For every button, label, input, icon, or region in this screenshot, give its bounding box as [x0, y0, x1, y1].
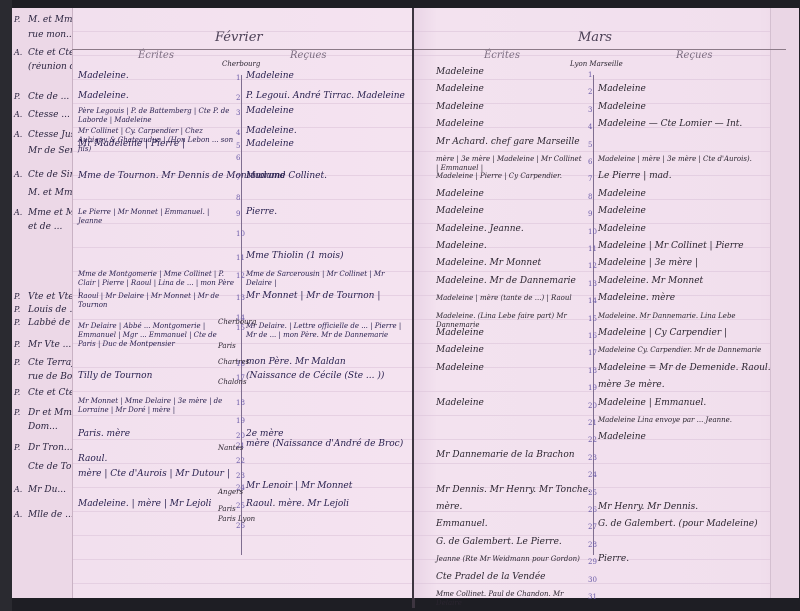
margin-note: M. et Mme de ...: [28, 188, 72, 198]
location-note: Chalons: [218, 378, 247, 386]
month-title-march: Mars: [578, 30, 612, 45]
day-number: 20: [236, 432, 245, 440]
day-number: 10: [588, 228, 597, 236]
margin-marker: P.: [14, 292, 20, 301]
margin-marker: A.: [14, 110, 22, 119]
entry-written: Madeleine: [436, 103, 484, 112]
location-note: Paris Lyon: [218, 515, 255, 523]
entry-received: Madeleine | Mr Collinet | Pierre: [598, 242, 744, 251]
day-number: 5: [588, 141, 592, 149]
entry-received: Madeleine: [246, 107, 294, 116]
entry-received: Madeleine = Mr de Demenide. Raoul.: [598, 364, 766, 373]
entry-received: Le Pierre | mad.: [598, 172, 672, 181]
day-number: 28: [588, 541, 597, 549]
margin-marker: A.: [14, 48, 22, 57]
entry-received: Raoul. mère. Mr Lejoli: [246, 500, 349, 509]
entry-received: mon Père. Mr Maldan: [246, 358, 346, 367]
margin-note: Dr Tron...: [28, 443, 72, 453]
day-number: 10: [236, 230, 245, 238]
entry-written: Emmanuel.: [436, 520, 488, 529]
day-number: 2: [236, 94, 240, 102]
entry-received: Madeleine. mère: [598, 294, 675, 303]
entry-received: mère (Naissance d'André de Broc): [246, 440, 403, 449]
margin-note: Dom...: [28, 422, 72, 432]
entry-written: Madeleine.: [78, 92, 129, 101]
margin-note: Ctesse Justo...: [28, 130, 72, 140]
entry-written: Madeleine: [436, 85, 484, 94]
day-number: 9: [588, 210, 592, 218]
entry-written: Tilly de Tournon: [78, 372, 152, 381]
day-number: 7: [588, 175, 592, 183]
entry-written: Mr Monnet | Mme Delaire | 3e mère | de L…: [78, 397, 234, 415]
margin-note: et de ...: [28, 222, 72, 232]
margin-note: Cte et Ctesse Pi...: [28, 388, 72, 398]
margin-note: Mr Du...: [28, 485, 72, 495]
margin-marker: A.: [14, 510, 22, 519]
day-number: 8: [236, 194, 240, 202]
entry-received: Madame Collinet.: [246, 172, 327, 181]
entry-written: Madeleine. | mère | Mr Lejoli: [78, 500, 211, 509]
entry-received: Madeleine. Mr Monnet: [598, 277, 703, 286]
entry-written: Raoul | Mr Delaire | Mr Monnet | Mr de T…: [78, 292, 234, 310]
entry-received: Madeleine | 3e mère |: [598, 259, 698, 268]
day-number: 1: [588, 71, 592, 79]
column-header-written: Écrites: [138, 50, 174, 61]
entry-received: Madeleine: [598, 225, 646, 234]
margin-note: M. et Mme: [28, 15, 72, 25]
entry-written: Mr Madeleine | Pierre |: [78, 140, 185, 149]
margin-note: (réunion de ...): [28, 62, 72, 72]
day-number: 27: [588, 523, 597, 531]
margin-marker: P.: [14, 340, 20, 349]
margin-marker: A.: [14, 130, 22, 139]
location-note: Paris: [218, 342, 236, 350]
entry-written: Paris. mère: [78, 430, 130, 439]
entry-received: Madeleine Lina envoye par ... Jeanne.: [598, 416, 732, 425]
entry-written: Madeleine: [436, 329, 484, 338]
day-number: 13: [588, 280, 597, 288]
margin-note: Cte de ...: [28, 92, 72, 102]
entry-written: Madeleine: [436, 120, 484, 129]
entry-received: Mme Thiolin (1 mois): [246, 252, 344, 261]
entry-received: Madeleine. Mr Dannemarie. Lina Lebe: [598, 312, 736, 321]
column-header-written: Écrites: [484, 50, 520, 61]
day-number: 1: [236, 74, 240, 82]
day-number: 3: [588, 106, 592, 114]
entry-received: Mr Lenoir | Mr Monnet: [246, 482, 352, 491]
margin-note: Mr de Sen...: [28, 146, 72, 156]
day-number: 8: [588, 193, 592, 201]
entry-written: Jeanne (Rte Mr Weidmann pour Gordon): [436, 555, 580, 564]
margin-marker: P.: [14, 318, 20, 327]
entry-written: Madeleine. Mr de Dannemarie: [436, 277, 576, 286]
margin-marker: P.: [14, 358, 20, 367]
day-number: 6: [588, 158, 592, 166]
day-number: 4: [236, 129, 240, 137]
margin-note: Cte et Ctesse: [28, 48, 72, 58]
entry-written: Madeleine.: [78, 72, 129, 81]
location-note: Angers: [218, 488, 243, 496]
margin-note: rue de Boulainv...: [28, 372, 72, 382]
entry-received: 2e mère: [246, 430, 283, 439]
entry-received: Madeleine — Cte Lomier — Int.: [598, 120, 742, 129]
entry-written: Madeleine | Pierre | Cy Carpendier.: [436, 172, 562, 181]
margin-note: Louis de ...: [28, 305, 72, 315]
margin-note: Mme et Mlle ...: [28, 208, 72, 218]
day-number: 12: [588, 262, 597, 270]
margin-marker: P.: [14, 388, 20, 397]
day-number: 21: [588, 419, 597, 427]
day-number: 22: [236, 457, 245, 465]
entry-received: Madeleine: [246, 140, 294, 149]
location-note: Paris: [218, 505, 236, 513]
margin-marker: P.: [14, 408, 20, 417]
day-number: 20: [588, 402, 597, 410]
entry-written: mère.: [436, 503, 462, 512]
entry-written: Mr Dennis. Mr Henry. Mr Tonche.: [436, 486, 584, 495]
day-number: 30: [588, 576, 597, 584]
entry-written: Madeleine: [436, 346, 484, 355]
day-number: 23: [588, 454, 597, 462]
entry-written: Mme de Tournon. Mr Dennis de Montmorand: [78, 172, 234, 181]
column-header-received: Reçues: [676, 50, 713, 61]
location-note: Lyon Marseille: [570, 60, 623, 68]
margin-marker: A.: [14, 170, 22, 179]
entry-received: Madeleine | Emmanuel.: [598, 399, 706, 408]
margin-note: Dr et Mme de ...: [28, 408, 72, 418]
day-number: 12: [236, 272, 245, 280]
entry-received: (Naissance de Cécile (Ste ... )): [246, 372, 384, 381]
entry-written: mère | 3e mère | Madeleine | Mr Collinet…: [436, 155, 584, 173]
margin-note: Mr Vte ...: [28, 340, 72, 350]
margin-marker: P.: [14, 15, 20, 24]
day-number: 29: [588, 558, 597, 566]
day-number: 16: [588, 332, 597, 340]
entry-written: Père Legouis | P. de Battemberg | Cte P.…: [78, 107, 234, 125]
entry-written: Mr Achard. chef gare Marseille: [436, 138, 580, 147]
entry-written: Mr Dannemarie de la Brachon: [436, 451, 575, 460]
day-number: 26: [236, 522, 245, 530]
day-number: 9: [236, 210, 240, 218]
margin-note: Ctesse ...: [28, 110, 72, 120]
day-number: 4: [588, 123, 592, 131]
day-number: 18: [588, 367, 597, 375]
entry-received: Madeleine: [598, 433, 646, 442]
day-number: 3: [236, 109, 240, 117]
entry-received: mère 3e mère.: [598, 381, 665, 390]
entry-received: Pierre.: [598, 555, 629, 564]
entry-written: Madeleine: [436, 207, 484, 216]
margin-marker: P.: [14, 443, 20, 452]
entry-written: Le Pierre | Mr Monnet | Emmanuel. | Jean…: [78, 208, 234, 226]
entry-written: Cte Pradel de la Vendée: [436, 573, 546, 582]
margin-note: rue mon...: [28, 30, 72, 40]
day-number: 15: [588, 315, 597, 323]
margin-note: Mlle de ...: [28, 510, 72, 520]
month-title-february: Février: [215, 30, 263, 45]
column-header-received: Reçues: [290, 50, 327, 61]
entry-received: Madeleine: [598, 103, 646, 112]
day-number: 19: [588, 384, 597, 392]
entry-received: Madeleine.: [246, 127, 297, 136]
entry-received: Madeleine: [598, 190, 646, 199]
entry-written: Mr Delaire | Abbé ... Montgomerie | Emma…: [78, 322, 234, 349]
entry-written: Madeleine: [436, 399, 484, 408]
entry-written: G. de Galembert. Le Pierre.: [436, 538, 562, 547]
location-note: Nantes: [218, 444, 243, 452]
day-number: 22: [588, 436, 597, 444]
day-number: 23: [236, 472, 245, 480]
entry-written: Madeleine: [436, 68, 484, 77]
location-note: Chartres: [218, 358, 249, 366]
header-rule: [414, 49, 786, 50]
margin-note: Vte et Vtesse de ...: [28, 292, 72, 302]
margin-marker: P.: [14, 92, 20, 101]
day-number: 14: [588, 297, 597, 305]
entry-written: Madeleine. Mr Monnet: [436, 259, 541, 268]
header-rule: [72, 49, 412, 50]
margin-note: Cte de Simon...: [28, 170, 72, 180]
entry-written: Madeleine: [436, 190, 484, 199]
day-number: 31: [588, 593, 597, 601]
day-number: 24: [588, 471, 597, 479]
location-note: Cherbourg: [218, 318, 256, 326]
day-number: 18: [236, 399, 245, 407]
entry-received: Mme de Sarcerousin | Mr Collinet | Mr De…: [246, 270, 406, 288]
entry-received: Madeleine: [246, 72, 294, 81]
entry-written: Madeleine | mère (tante de ...) | Raoul: [436, 294, 572, 303]
entry-received: G. de Galembert. (pour Madeleine): [598, 520, 758, 529]
page-edge: [770, 8, 799, 598]
margin-marker: A.: [14, 485, 22, 494]
margin-note: Cte de Tortu...: [28, 462, 72, 472]
day-number: 19: [236, 417, 245, 425]
day-number: 2: [588, 88, 592, 96]
entry-written: Madeleine. Jeanne.: [436, 225, 524, 234]
margin-marker: A.: [14, 208, 22, 217]
entry-received: Madeleine | Cy Carpendier |: [598, 329, 727, 338]
entry-received: Mr Delaire. | Lettre officielle de ... |…: [246, 322, 406, 340]
entry-received: Mr Monnet | Mr de Tournon |: [246, 292, 380, 301]
day-number: 5: [236, 142, 240, 150]
entry-written: Madeleine. (Lina Lebe faire part) Mr Dan…: [436, 312, 584, 330]
entry-written: mère | Cte d'Aurois | Mr Dutour |: [78, 470, 230, 479]
entry-received: Madeleine Cy. Carpendier. Mr de Dannemar…: [598, 346, 761, 355]
entry-received: Pierre.: [246, 208, 277, 217]
entry-written: Raoul.: [78, 455, 107, 464]
entry-received: P. Legoui. André Tirrac. Madeleine: [246, 92, 405, 101]
entry-received: Madeleine: [598, 85, 646, 94]
day-number: 11: [588, 245, 597, 253]
day-number: 26: [588, 506, 597, 514]
entry-written: Madeleine: [436, 364, 484, 373]
margin-note: Cte Terray: [28, 358, 72, 368]
day-number: 25: [236, 502, 245, 510]
margin-marker: P.: [14, 305, 20, 314]
day-number: 11: [236, 254, 245, 262]
location-note: Cherbourg: [222, 60, 260, 68]
binding-edge: [0, 0, 12, 611]
notebook: P.M. et Mmerue mon...A.Cte et Ctesse(réu…: [0, 0, 800, 611]
entry-written: Mme Collinet. Paul de Chandon. Mr Delair…: [436, 590, 584, 608]
entry-written: Madeleine.: [436, 242, 487, 251]
margin-note: Labbé de ...: [28, 318, 72, 328]
entry-received: Madeleine: [598, 207, 646, 216]
entry-received: Madeleine | mère | 3e mère | Cte d'Auroi…: [598, 155, 752, 164]
day-number: 13: [236, 294, 245, 302]
entry-received: Mr Henry. Mr Dennis.: [598, 503, 698, 512]
day-number: 6: [236, 154, 240, 162]
day-number: 17: [588, 349, 597, 357]
